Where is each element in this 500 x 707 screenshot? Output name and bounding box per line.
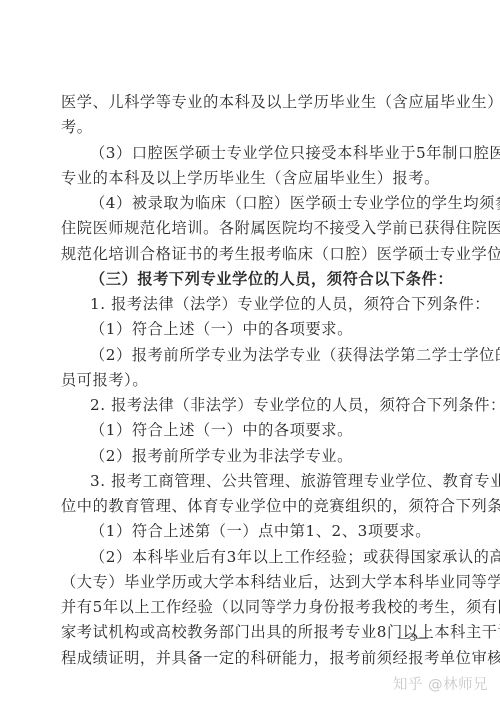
text-line: （大专）毕业学历或大学本科结业后，达到大学本科毕业同等学力 <box>61 572 441 592</box>
page-number: —3— <box>398 630 428 645</box>
text-line: 规范化培训合格证书的考生报考临床（口腔）医学硕士专业学位。 <box>61 244 441 264</box>
document-page: 医学、儿科学等专业的本科及以上学历毕业生（含应届毕业生）报考。（3）口腔医学硕士… <box>0 0 500 707</box>
text-line: 专业的本科及以上学历毕业生（含应届毕业生）报考。 <box>61 168 441 188</box>
text-line: （2）报考前所学专业为非法学专业。 <box>90 446 441 466</box>
text-line: 位中的教育管理、体育专业学位中的竞赛组织的，须符合下列条件： <box>61 496 441 516</box>
text-line: 并有5年以上工作经验（以同等学力身份报考我校的考生，须有国 <box>61 597 441 617</box>
text-line: 医学、儿科学等专业的本科及以上学历毕业生（含应届毕业生）报 <box>61 92 441 112</box>
text-line: （4）被录取为临床（口腔）医学硕士专业学位的学生均须参加 <box>90 193 441 213</box>
section-heading: （三）报考下列专业学位的人员，须符合以下条件： <box>90 269 441 289</box>
text-line: 3. 报考工商管理、公共管理、旅游管理专业学位、教育专业学 <box>90 471 441 491</box>
text-line: （3）口腔医学硕士专业学位只接受本科毕业于5年制口腔医学 <box>90 143 441 163</box>
text-line: 2. 报考法律（非法学）专业学位的人员，须符合下列条件： <box>90 395 441 415</box>
text-line: 程成绩证明，并具备一定的科研能力，报考前须经报考单位审核通 <box>61 648 441 668</box>
text-line: 住院医师规范化培训。各附属医院均不接受入学前已获得住院医师 <box>61 218 441 238</box>
text-line: （1）符合上述（一）中的各项要求。 <box>90 319 441 339</box>
text-line: 员可报考）。 <box>61 370 441 390</box>
text-line: （1）符合上述第（一）点中第1、2、3项要求。 <box>90 521 441 541</box>
text-line: （2）本科毕业后有3年以上工作经验；或获得国家承认的高职 <box>90 547 441 567</box>
text-line: 1. 报考法律（法学）专业学位的人员，须符合下列条件： <box>90 294 441 314</box>
text-line: （2）报考前所学专业为法学专业（获得法学第二学士学位的人 <box>90 345 441 365</box>
text-line: （1）符合上述（一）中的各项要求。 <box>90 420 441 440</box>
watermark: 知乎 @林师兄 <box>393 673 488 694</box>
text-line: 家考试机构或高校教务部门出具的所报考专业8门以上本科主干课 <box>61 622 441 642</box>
text-line: 考。 <box>61 117 441 137</box>
